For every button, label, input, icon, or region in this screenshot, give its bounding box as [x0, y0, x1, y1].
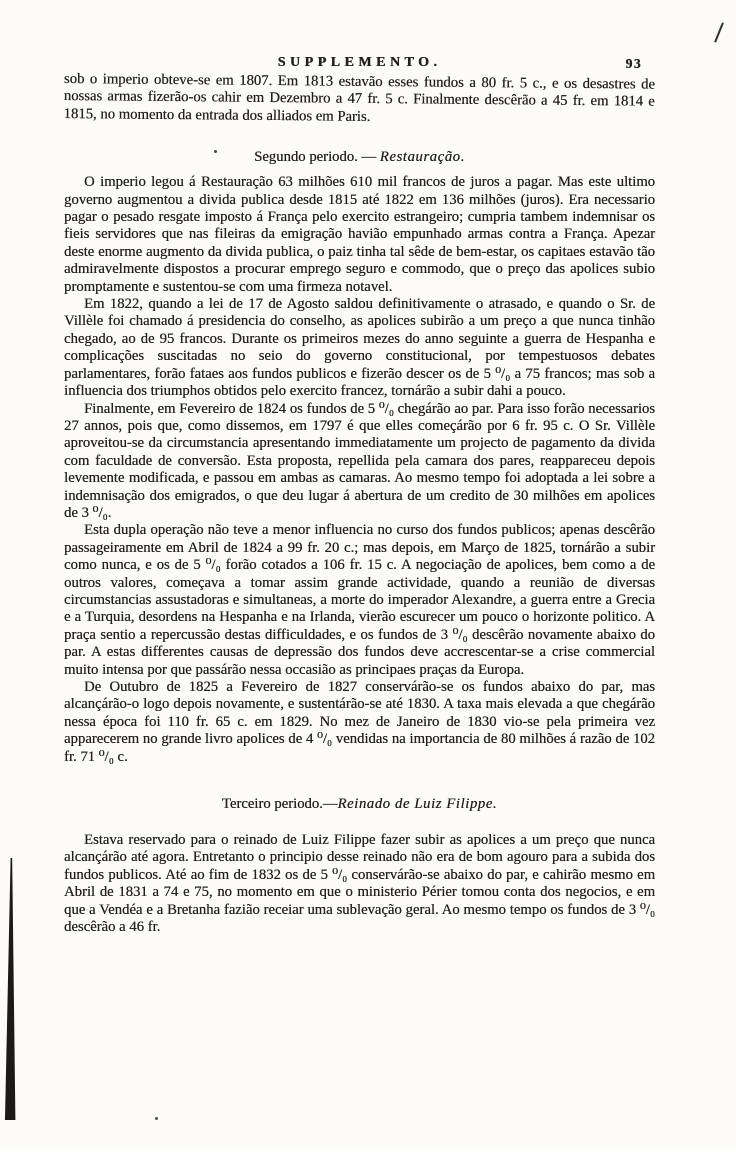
heading-italic-text: Reinado de Luiz Filippe. [337, 796, 497, 812]
paragraph-intro: sob o imperio obteve-se em 1807. Em 1813… [63, 71, 654, 129]
paragraph-finalmente-1824: Finalmente, em Fevereiro de 1824 os fund… [64, 401, 655, 523]
paragraph-imperio-legou: O imperio legou á Restauração 63 milhões… [64, 174, 655, 296]
document-page: SUPPLEMENTO. 93 sob o imperio obteve-se … [0, 0, 736, 1149]
page-header: SUPPLEMENTO. 93 [64, 53, 655, 71]
page-number: 93 [626, 56, 643, 72]
paragraph-outubro-1825: De Outubro de 1825 a Fevereiro de 1827 c… [64, 679, 655, 766]
scan-mark-top-right [714, 22, 724, 42]
paragraph-estava-reservado: Estava reservado para o reinado de Luiz … [64, 832, 655, 936]
ink-speck [155, 1117, 158, 1120]
running-title: SUPPLEMENTO. [278, 55, 442, 70]
section-heading-third-period: Terceiro periodo.—Reinado de Luiz Filipp… [64, 795, 655, 814]
text-column: sob o imperio obteve-se em 1807. Em 1813… [64, 71, 655, 936]
paragraph-em-1822: Em 1822, quando a lei de 17 de Agosto sa… [64, 296, 655, 400]
heading-plain-text: Terceiro periodo.— [222, 796, 338, 812]
section-heading-second-period: Segundo periodo. — Restauração. [64, 148, 655, 167]
heading-italic-text: Restauração. [380, 149, 465, 165]
heading-plain-text: Segundo periodo. — [254, 149, 380, 165]
scan-binding-streak [4, 858, 16, 1120]
paragraph-dupla-operacao: Esta dupla operação não teve a menor inf… [64, 522, 655, 679]
